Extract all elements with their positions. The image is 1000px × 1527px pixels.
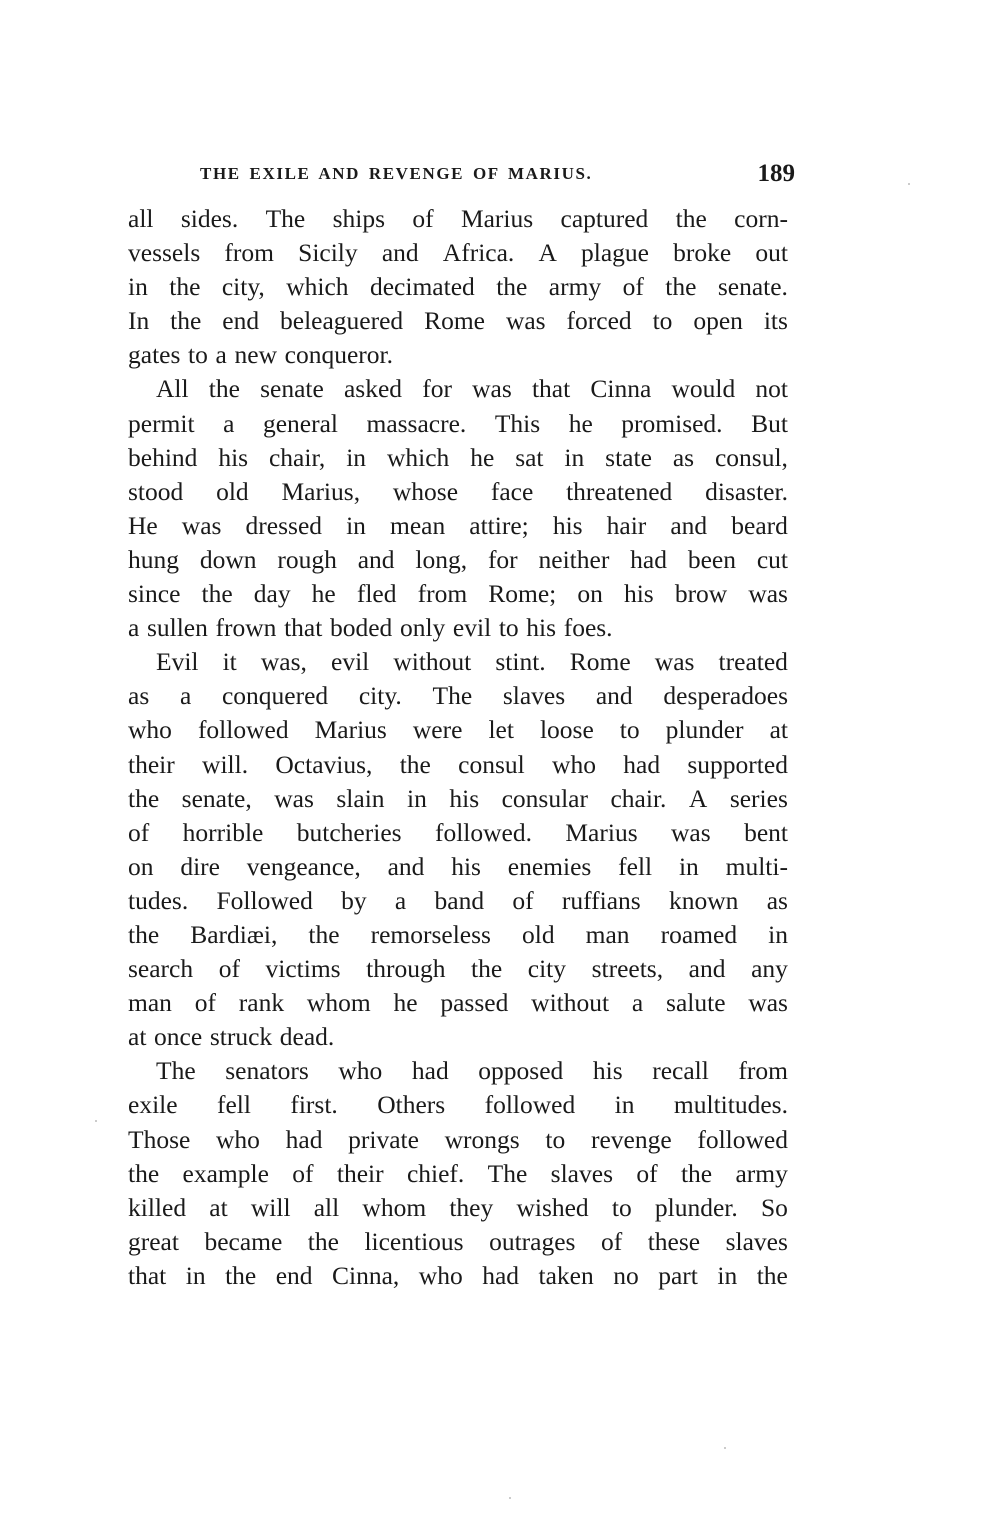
text-line: behindhischair,inwhichhesatinstateascons… bbox=[128, 441, 788, 475]
text-line: manofrankwhomhepassedwithoutasalutewas bbox=[128, 986, 788, 1020]
scan-speck bbox=[95, 1120, 97, 1122]
text-line: stoodoldMarius,whosefacethreateneddisast… bbox=[128, 475, 788, 509]
text-line: AllthesenateaskedforwasthatCinnawouldnot bbox=[128, 372, 788, 406]
text-line: ondirevengeance,andhisenemiesfellinmulti… bbox=[128, 850, 788, 884]
text-line: asaconqueredcity.Theslavesanddesperadoes bbox=[128, 679, 788, 713]
text-line: theirwill.Octavius,theconsulwhohadsuppor… bbox=[128, 748, 788, 782]
scan-speck bbox=[908, 183, 910, 185]
text-line: inthecity,whichdecimatedthearmyofthesena… bbox=[128, 270, 788, 304]
text-line: hungdownroughandlong,forneitherhadbeencu… bbox=[128, 543, 788, 577]
text-line: greatbecamethelicentiousoutragesoftheses… bbox=[128, 1225, 788, 1259]
text-line: allsides.TheshipsofMariuscapturedthecorn… bbox=[128, 202, 788, 236]
text-line: sincethedayhefledfromRome;onhisbrowwas bbox=[128, 577, 788, 611]
text-line: Hewasdressedinmeanattire;hishairandbeard bbox=[128, 509, 788, 543]
text-line: gatestoanewconqueror. bbox=[128, 338, 788, 372]
running-head: THE EXILE AND REVENGE OF MARIUS. 189 bbox=[200, 160, 795, 190]
text-line: searchofvictimsthroughthecitystreets,and… bbox=[128, 952, 788, 986]
text-line: Evilitwas,evilwithoutstint.Romewastreate… bbox=[128, 645, 788, 679]
text-line: exilefellfirst.Othersfollowedinmultitude… bbox=[128, 1088, 788, 1122]
text-line: Thosewhohadprivatewrongstorevengefollowe… bbox=[128, 1123, 788, 1157]
text-line: asullenfrownthatbodedonlyeviltohisfoes. bbox=[128, 611, 788, 645]
text-line: tudes.Followedbyabandofruffiansknownas bbox=[128, 884, 788, 918]
body-text: allsides.TheshipsofMariuscapturedthecorn… bbox=[128, 202, 788, 1293]
text-line: Thesenatorswhohadopposedhisrecallfrom bbox=[128, 1054, 788, 1088]
text-line: thatintheendCinna,whohadtakennopartinthe bbox=[128, 1259, 788, 1293]
text-line: theexampleoftheirchief.Theslavesofthearm… bbox=[128, 1157, 788, 1191]
text-line: atoncestruckdead. bbox=[128, 1020, 788, 1054]
text-line: killedatwillallwhomtheywishedtoplunder.S… bbox=[128, 1191, 788, 1225]
scan-speck bbox=[724, 1447, 726, 1449]
text-line: theBardiæi,theremorselessoldmanroamedin bbox=[128, 918, 788, 952]
text-line: ofhorriblebutcheriesfollowed.Mariuswasbe… bbox=[128, 816, 788, 850]
scan-speck bbox=[509, 1497, 511, 1499]
text-line: thesenate,wasslaininhisconsularchair.Ase… bbox=[128, 782, 788, 816]
page-number: 189 bbox=[758, 160, 796, 188]
book-page: THE EXILE AND REVENGE OF MARIUS. 189 all… bbox=[0, 0, 1000, 1527]
running-title: THE EXILE AND REVENGE OF MARIUS. bbox=[200, 164, 592, 184]
text-line: whofollowedMariuswereletloosetoplunderat bbox=[128, 713, 788, 747]
text-line: permitageneralmassacre.Thishepromised.Bu… bbox=[128, 407, 788, 441]
text-line: IntheendbeleagueredRomewasforcedtoopenit… bbox=[128, 304, 788, 338]
text-line: vesselsfromSicilyandAfrica.Aplaguebrokeo… bbox=[128, 236, 788, 270]
